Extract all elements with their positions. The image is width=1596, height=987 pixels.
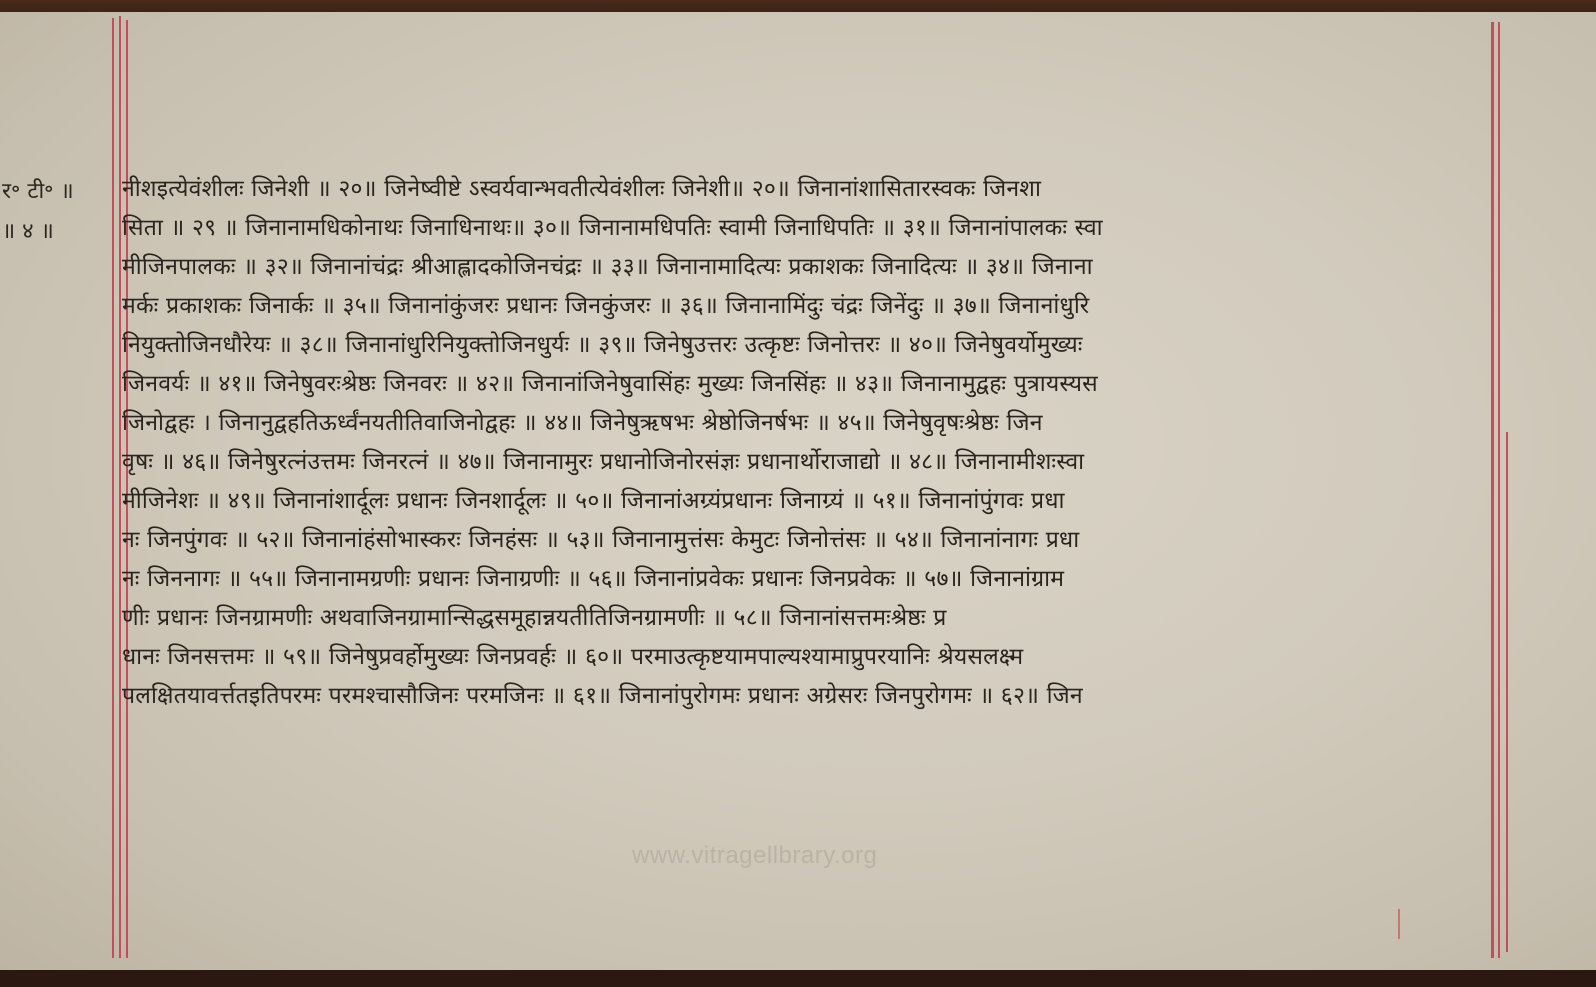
right-margin-rule-1 — [1491, 22, 1494, 958]
text-line: सिता ॥ २९ ॥ जिनानामधिकोनाथः जिनाधिनाथः॥ … — [122, 209, 1482, 248]
text-line: मर्कः प्रकाशकः जिनार्कः ॥ ३५॥ जिनानांकुं… — [122, 287, 1482, 326]
margin-note-line-1: र॰ टी॰ ॥ — [2, 172, 92, 212]
page-bottom-edge — [0, 970, 1596, 987]
text-line: मीजिनेशः ॥ ४९॥ जिनानांशार्दूलः प्रधानः ज… — [122, 482, 1482, 521]
right-margin-rule-2 — [1498, 22, 1500, 958]
manuscript-page: र॰ टी॰ ॥ ॥ ४ ॥ नीशइत्येवंशीलः जिनेशी ॥ २… — [0, 12, 1596, 974]
text-line: णीः प्रधानः जिनग्रामणीः अथवाजिनग्रामान्स… — [122, 599, 1482, 638]
margin-folio-note: र॰ टी॰ ॥ ॥ ४ ॥ — [2, 172, 92, 252]
text-line: मीजिनपालकः ॥ ३२॥ जिनानांचंद्रः श्रीआह्ला… — [122, 248, 1482, 287]
text-line: जिनोद्वहः । जिनानुद्वहतिऊर्ध्वंनयतीतिवाज… — [122, 404, 1482, 443]
text-line: जिनवर्यः ॥ ४१॥ जिनेषुवरःश्रेष्ठः जिनवरः … — [122, 365, 1482, 404]
red-ink-mark — [1398, 909, 1400, 939]
margin-note-line-2: ॥ ४ ॥ — [2, 212, 92, 252]
library-watermark: www.vitragellbrary.org — [632, 842, 877, 870]
right-margin-rule-3 — [1506, 432, 1508, 952]
text-line: नियुक्तोजिनधौरेयः ॥ ३८॥ जिनानांधुरिनियुक… — [122, 326, 1482, 365]
text-line: नः जिननागः ॥ ५५॥ जिनानामग्रणीः प्रधानः ज… — [122, 560, 1482, 599]
left-margin-rule-1 — [112, 18, 114, 958]
text-line: वृषः ॥ ४६॥ जिनेषुरत्नंउत्तमः जिनरत्नं ॥ … — [122, 443, 1482, 482]
text-line: नः जिनपुंगवः ॥ ५२॥ जिनानांहंसोभास्करः जि… — [122, 521, 1482, 560]
text-line: नीशइत्येवंशीलः जिनेशी ॥ २०॥ जिनेष्वीष्टे… — [122, 170, 1482, 209]
manuscript-text-block: नीशइत्येवंशीलः जिनेशी ॥ २०॥ जिनेष्वीष्टे… — [122, 170, 1482, 716]
text-line: पलक्षितयावर्त्ततइतिपरमः परमश्चासौजिनः पर… — [122, 677, 1482, 716]
text-line: धानः जिनसत्तमः ॥ ५९॥ जिनेषुप्रवर्होमुख्य… — [122, 638, 1482, 677]
left-margin-rule-2 — [119, 16, 121, 958]
